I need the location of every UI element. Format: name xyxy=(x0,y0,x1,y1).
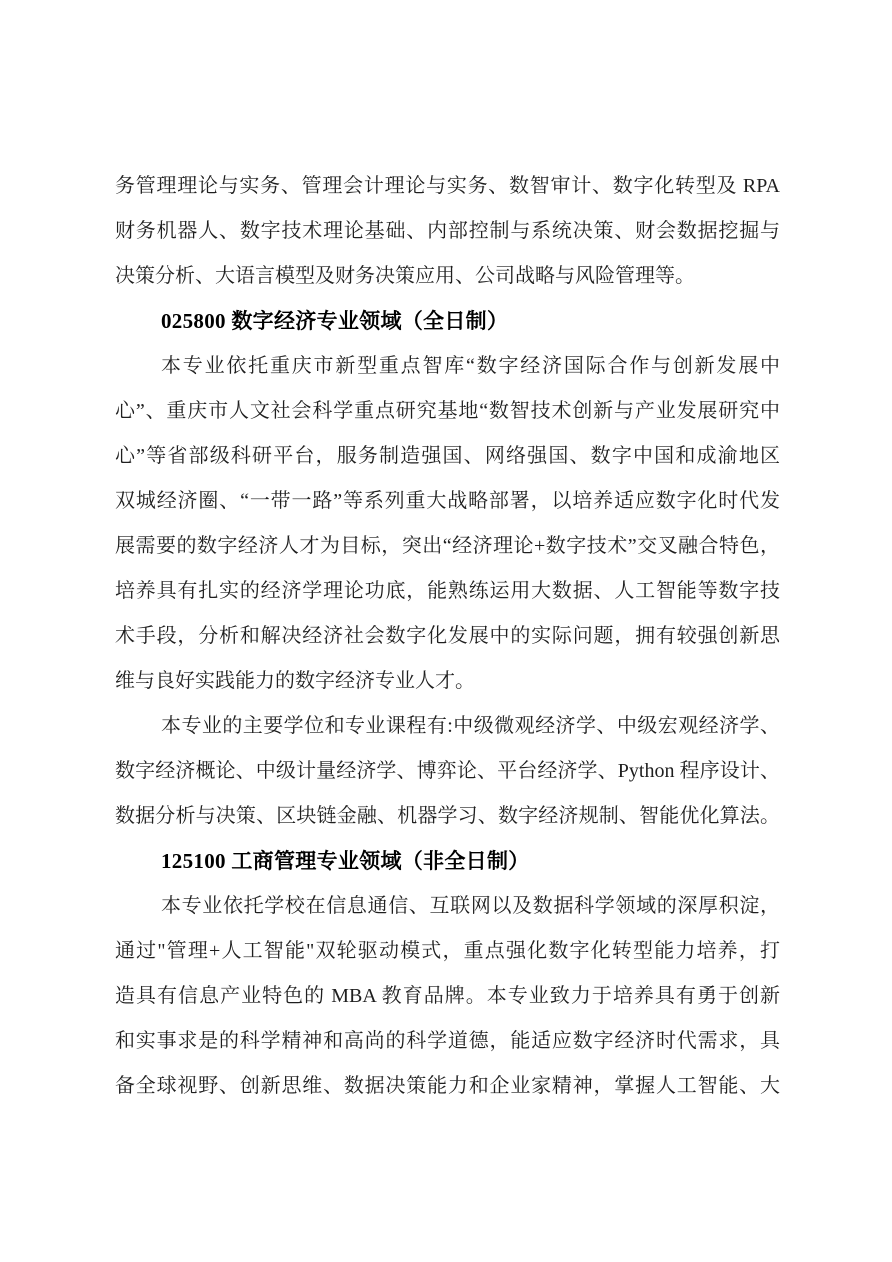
text-line: 务管理理论与实务、管理会计理论与实务、数智审计、数字化转型及 RPA xyxy=(115,164,780,209)
document-page: 务管理理论与实务、管理会计理论与实务、数智审计、数字化转型及 RPA 财务机器人… xyxy=(0,0,892,1262)
text-line: 造具有信息产业特色的 MBA 教育品牌。本专业致力于培养具有勇于创新 xyxy=(115,974,780,1019)
text-line: 维与良好实践能力的数字经济专业人才。 xyxy=(115,659,780,704)
text-line: 展需要的数字经济人才为目标，突出“经济理论+数字技术”交叉融合特色， xyxy=(115,524,780,569)
text-line: 术手段，分析和解决经济社会数字化发展中的实际问题，拥有较强创新思 xyxy=(115,614,780,659)
text-line: 心”等省部级科研平台，服务制造强国、网络强国、数字中国和成渝地区 xyxy=(115,434,780,479)
text-line: 本专业的主要学位和专业课程有:中级微观经济学、中级宏观经济学、 xyxy=(115,704,780,749)
text-line: 心”、重庆市人文社会科学重点研究基地“数智技术创新与产业发展研究中 xyxy=(115,389,780,434)
text-line: 通过"管理+人工智能"双轮驱动模式，重点强化数字化转型能力培养，打 xyxy=(115,929,780,974)
text-line: 和实事求是的科学精神和高尚的科学道德，能适应数字经济时代需求，具 xyxy=(115,1019,780,1064)
text-line: 财务机器人、数字技术理论基础、内部控制与系统决策、财会数据挖掘与 xyxy=(115,209,780,254)
text-line: 培养具有扎实的经济学理论功底，能熟练运用大数据、人工智能等数字技 xyxy=(115,569,780,614)
text-line: 决策分析、大语言模型及财务决策应用、公司战略与风险管理等。 xyxy=(115,254,780,299)
text-line: 双城经济圈、“一带一路”等系列重大战略部署，以培养适应数字化时代发 xyxy=(115,479,780,524)
text-line: 数字经济概论、中级计量经济学、博弈论、平台经济学、Python 程序设计、 xyxy=(115,749,780,794)
section-heading: 125100 工商管理专业领域（非全日制） xyxy=(115,839,780,884)
text-line: 备全球视野、创新思维、数据决策能力和企业家精神，掌握人工智能、大 xyxy=(115,1064,780,1109)
section-heading: 025800 数字经济专业领域（全日制） xyxy=(115,299,780,344)
text-line: 数据分析与决策、区块链金融、机器学习、数字经济规制、智能优化算法。 xyxy=(115,794,780,839)
text-line: 本专业依托学校在信息通信、互联网以及数据科学领域的深厚积淀， xyxy=(115,884,780,929)
text-line: 本专业依托重庆市新型重点智库“数字经济国际合作与创新发展中 xyxy=(115,344,780,389)
